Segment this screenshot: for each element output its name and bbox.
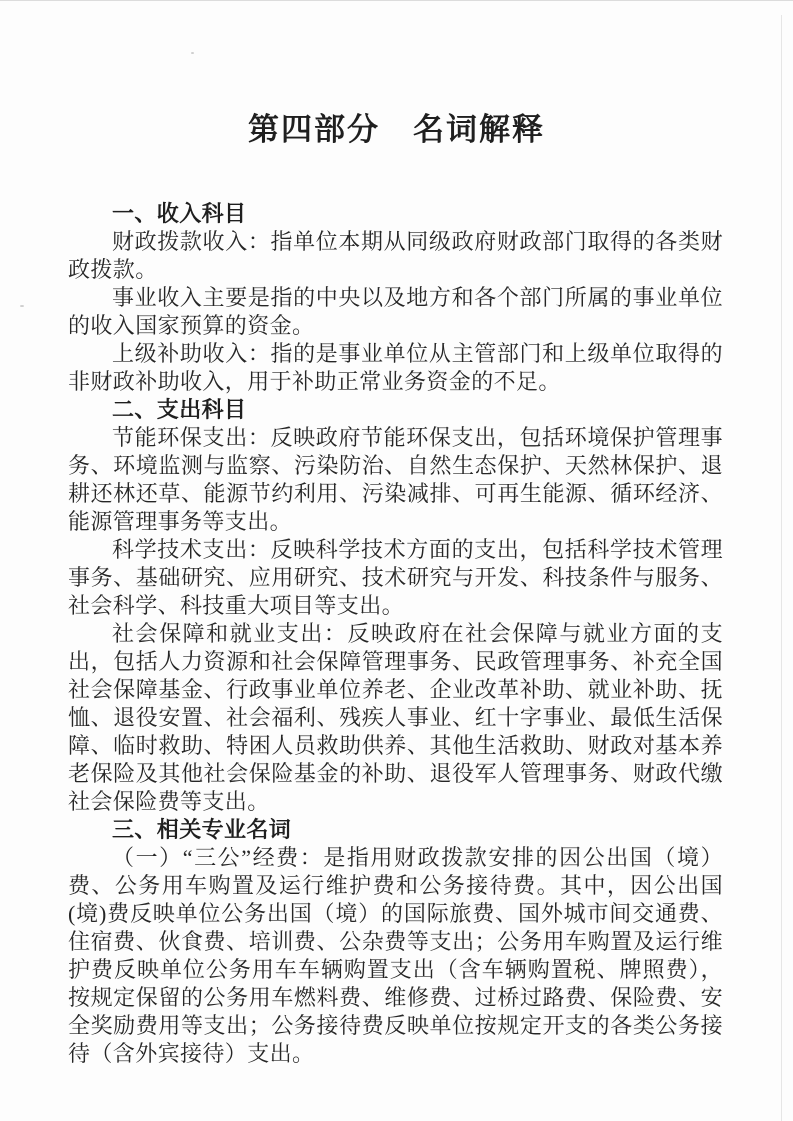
section-heading-expenditure: 二、支出科目: [68, 396, 723, 424]
paragraph-fiscal-appropriation-income: 财政拨款收入：指单位本期从同级政府财政部门取得的各类财政拨款。: [68, 228, 723, 284]
section-heading-professional-terms: 三、相关专业名词: [68, 816, 723, 844]
scan-speck: [191, 52, 194, 54]
paragraph-energy-environment-expenditure: 节能环保支出：反映政府节能环保支出，包括环境保护管理事务、环境监测与监察、污染防…: [68, 424, 723, 536]
paragraph-superior-subsidy-income: 上级补助收入：指的是事业单位从主管部门和上级单位取得的非财政补助收入，用于补助正…: [68, 340, 723, 396]
section-heading-income: 一、收入科目: [68, 200, 723, 228]
paragraph-science-technology-expenditure: 科学技术支出：反映科学技术方面的支出，包括科学技术管理事务、基础研究、应用研究、…: [68, 536, 723, 620]
document-page: 第四部分 名词解释 一、收入科目 财政拨款收入：指单位本期从同级政府财政部门取得…: [0, 0, 793, 1121]
document-title: 第四部分 名词解释: [0, 108, 793, 152]
scan-edge-line: [781, 15, 782, 1121]
scan-speck: [20, 305, 24, 307]
paragraph-operating-income: 事业收入主要是指的中央以及地方和各个部门所属的事业单位的收入国家预算的资金。: [68, 284, 723, 340]
paragraph-three-public-expenses: （一）“三公”经费：是指用财政拨款安排的因公出国（境）费、公务用车购置及运行维护…: [68, 844, 723, 1068]
document-body: 一、收入科目 财政拨款收入：指单位本期从同级政府财政部门取得的各类财政拨款。 事…: [68, 200, 723, 1068]
paragraph-social-security-employment-expenditure: 社会保障和就业支出：反映政府在社会保障与就业方面的支出，包括人力资源和社会保障管…: [68, 620, 723, 816]
